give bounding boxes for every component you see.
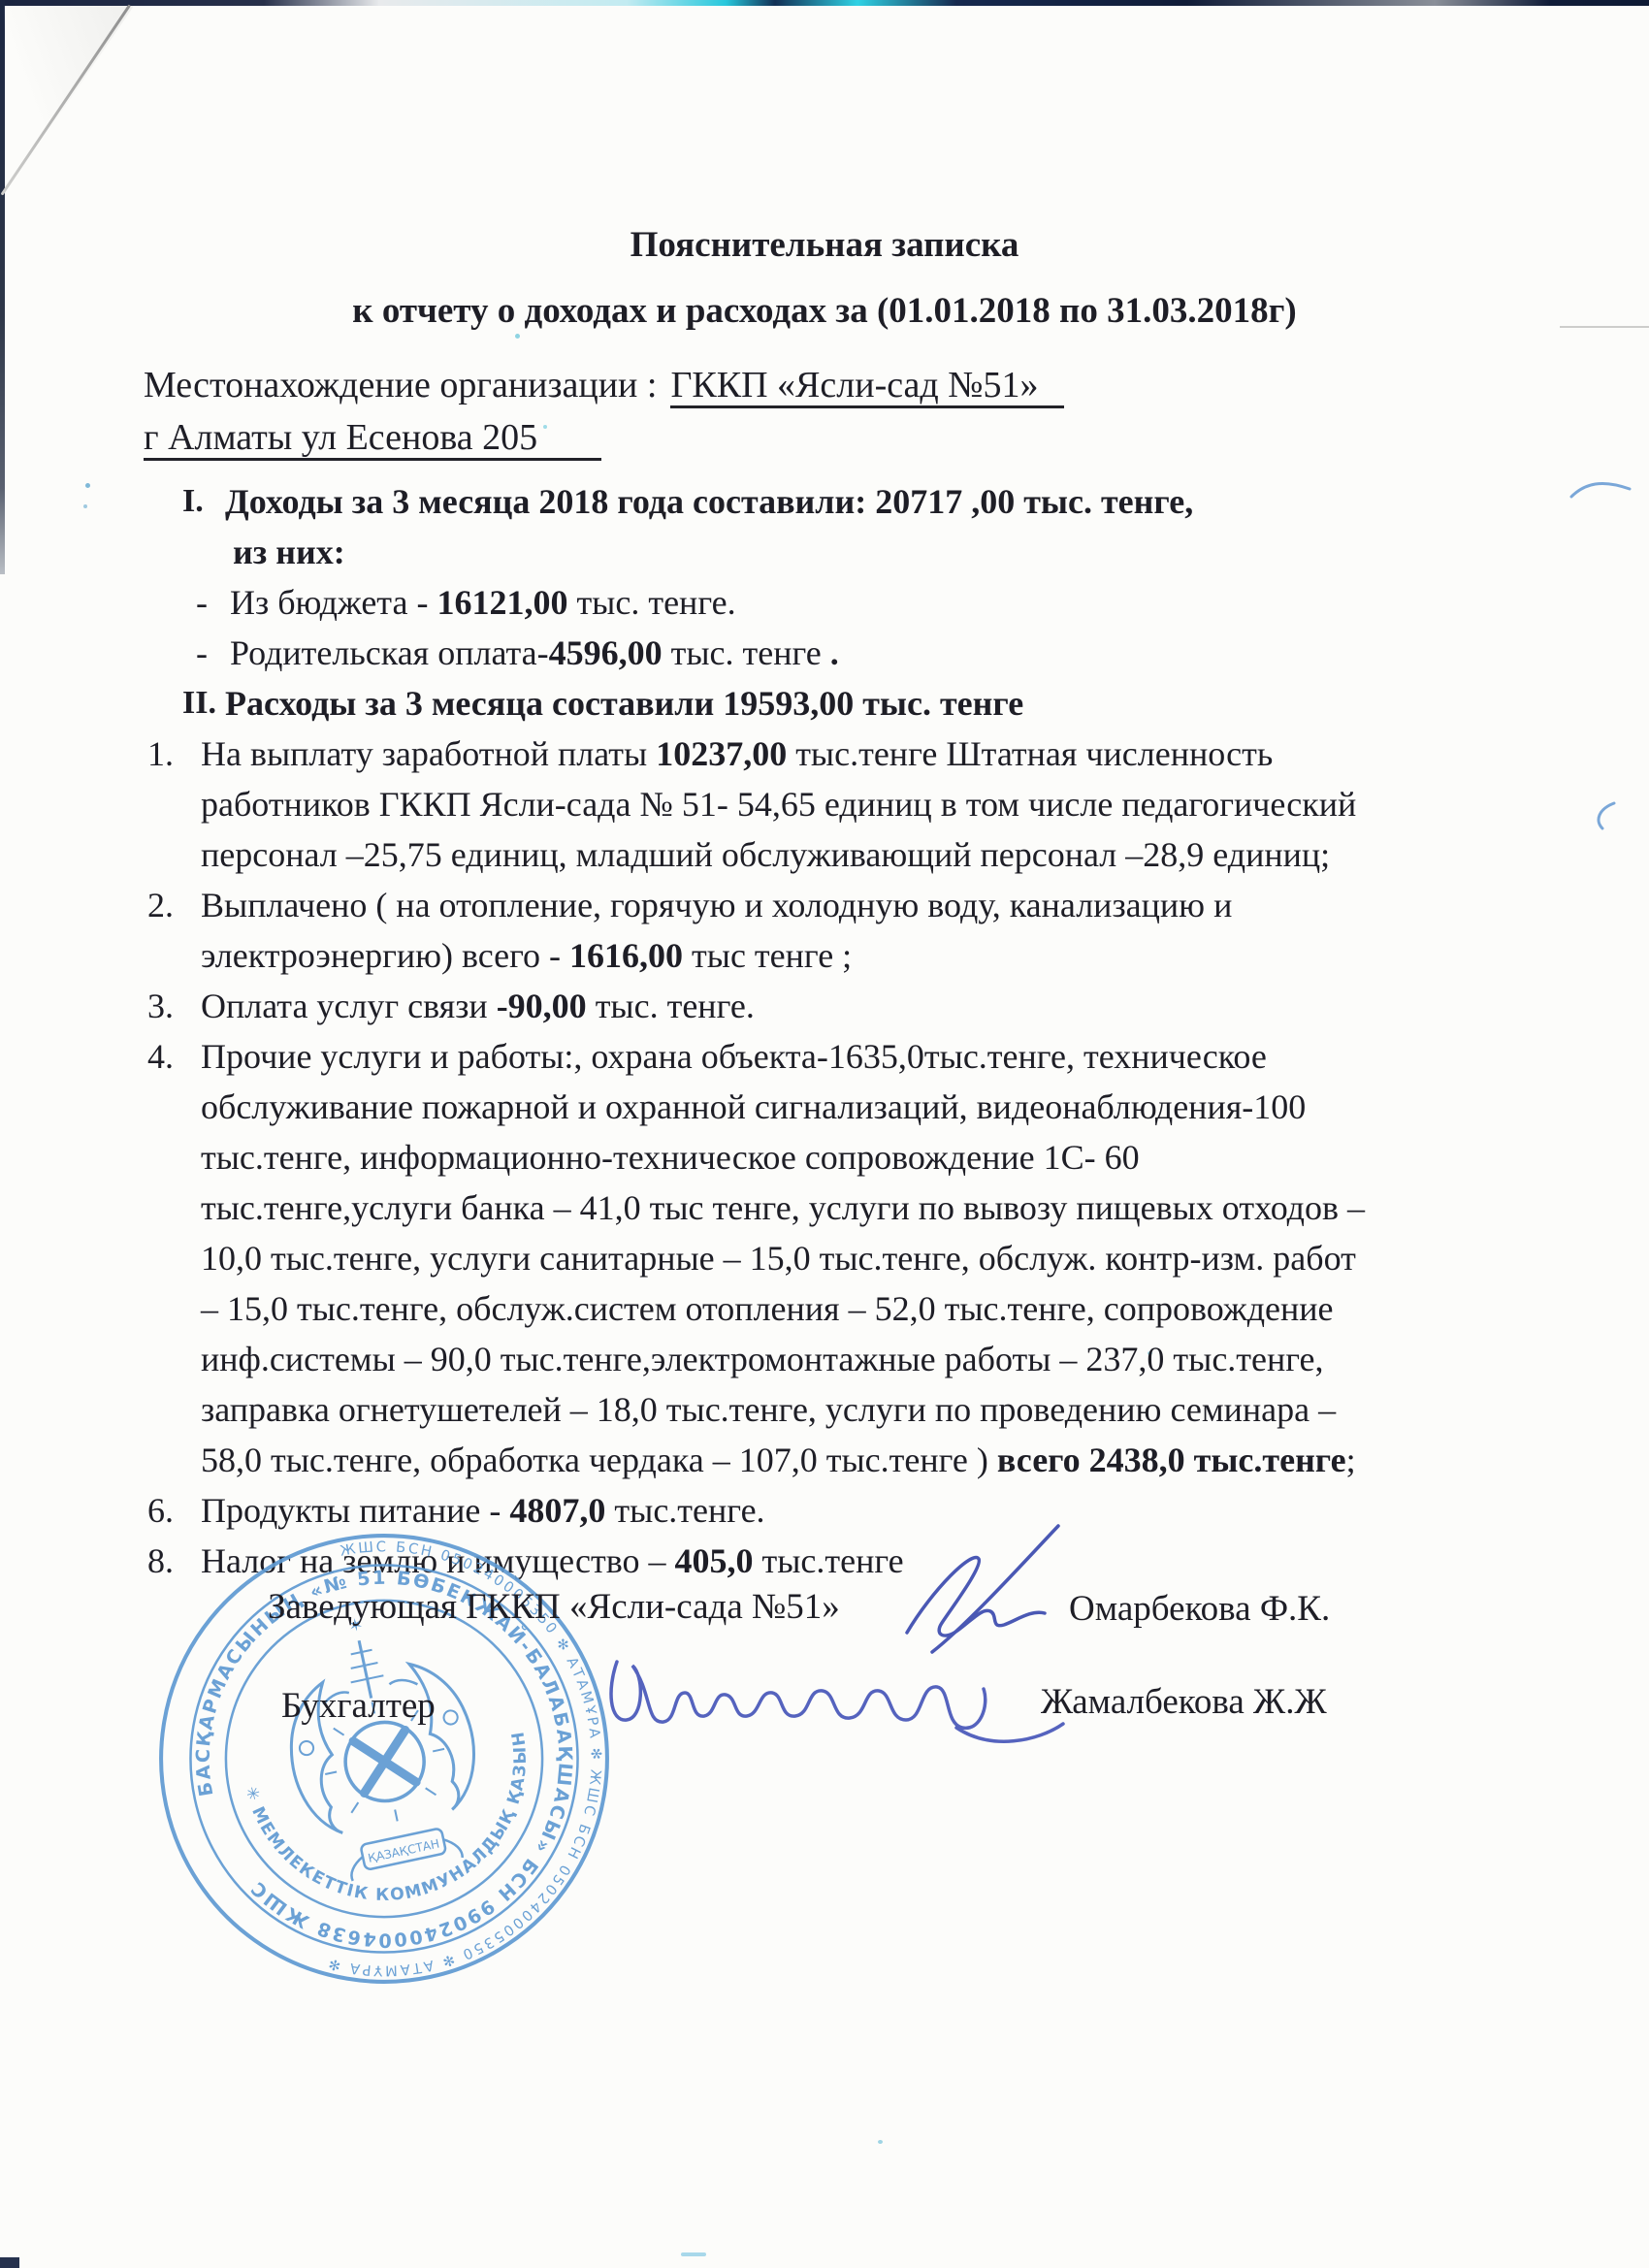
list-marker: I. [182, 476, 204, 527]
line-text: 58,0 тыс.тенге, обработка чердака – 107,… [0, 1435, 1356, 1485]
list-marker: II. [182, 678, 216, 729]
line-text: тыс.тенге,услуги банка – 41,0 тыс тенге,… [0, 1183, 1365, 1233]
line: электроэнергию) всего - 1616,00 тыс тенг… [0, 930, 1649, 981]
scan-speck [878, 2140, 883, 2144]
line-text: электроэнергию) всего - 1616,00 тыс тенг… [0, 930, 852, 981]
line: заправка огнетушетелей – 18,0 тыс.тенге,… [0, 1384, 1649, 1435]
signature-role-accountant: Бухгалтер [281, 1685, 436, 1727]
item-3: 3.Оплата услуг связи -90,00 тыс. тенге. [0, 981, 1649, 1031]
organization-location-line: Местонахождение организации :ГККП «Ясли-… [144, 362, 1649, 408]
line-text: работников ГККП Ясли-сада № 51- 54,65 ед… [0, 779, 1356, 829]
line-text: 10,0 тыс.тенге, услуги санитарные – 15,0… [0, 1233, 1356, 1283]
list-marker: - [196, 577, 208, 628]
line: персонал –25,75 единиц, младший обслужив… [0, 829, 1649, 880]
line-text: Доходы за 3 месяца 2018 года составили: … [0, 476, 1193, 527]
document-title: Пояснительная записка [0, 0, 1649, 267]
signature-role-director: Заведующая ГККП «Ясли-сада №51» [268, 1586, 840, 1628]
kazakhstan-emblem: ✶ ҚА [265, 1597, 497, 1888]
line-budget: -Из бюджета - 16121,00 тыс. тенге. [0, 577, 1649, 628]
list-marker: 1. [147, 729, 174, 779]
line: тыс.тенге, информационно-техническое соп… [0, 1132, 1649, 1183]
list-marker: 4. [147, 1031, 174, 1082]
line-parent-pay: -Родительская оплата-4596,00 тыс. тенге … [0, 628, 1649, 678]
line-text: персонал –25,75 единиц, младший обслужив… [0, 829, 1330, 880]
scan-edge-top [0, 0, 1649, 6]
item-4: 4.Прочие услуги и работы:, охрана объект… [0, 1031, 1649, 1082]
line-text: На выплату заработной платы 10237,00 тыс… [0, 729, 1273, 779]
line-text: Оплата услуг связи -90,00 тыс. тенге. [0, 981, 755, 1031]
line-text: из них: [0, 527, 345, 577]
line-text: инф.системы – 90,0 тыс.тенге,электромонт… [0, 1334, 1324, 1384]
section-income: I.Доходы за 3 месяца 2018 года составили… [0, 476, 1649, 527]
report-body: I.Доходы за 3 месяца 2018 года составили… [0, 476, 1649, 1586]
scan-speck [681, 2252, 706, 2256]
scan-artifact-line [1560, 326, 1649, 328]
list-marker: 3. [147, 981, 174, 1031]
line: – 15,0 тыс.тенге, обслуж.систем отоплени… [0, 1283, 1649, 1334]
line-text: Расходы за 3 месяца составили 19593,00 т… [0, 678, 1023, 729]
line: 10,0 тыс.тенге, услуги санитарные – 15,0… [0, 1233, 1649, 1283]
signature-accountant [599, 1633, 1084, 1778]
scan-speck [543, 425, 547, 429]
line-text: – 15,0 тыс.тенге, обслуж.систем отоплени… [0, 1283, 1334, 1334]
line-text: Прочие услуги и работы:, охрана объекта-… [0, 1031, 1267, 1082]
document-subtitle: к отчету о доходах и расходах за (01.01.… [0, 290, 1649, 333]
line-text: обслуживание пожарной и охранной сигнали… [0, 1082, 1306, 1132]
address-value: г Алматы ул Есенова 205 [144, 417, 601, 461]
line-text: Из бюджета - 16121,00 тыс. тенге. [0, 577, 736, 628]
line: 58,0 тыс.тенге, обработка чердака – 107,… [0, 1435, 1649, 1485]
item-2: 2.Выплачено ( на отопление, горячую и хо… [0, 880, 1649, 930]
location-label: Местонахождение организации : [144, 365, 657, 405]
line: тыс.тенге,услуги банка – 41,0 тыс тенге,… [0, 1183, 1649, 1233]
line: из них: [0, 527, 1649, 577]
line: инф.системы – 90,0 тыс.тенге,электромонт… [0, 1334, 1649, 1384]
signature-block: ЖШС БСН 050240005350 ✻ АТАМҰРА ✻ ЖШС БСН… [0, 1528, 1649, 2071]
item-1: 1.На выплату заработной платы 10237,00 т… [0, 729, 1649, 779]
line-text: Родительская оплата-4596,00 тыс. тенге . [0, 628, 839, 678]
line: работников ГККП Ясли-сада № 51- 54,65 ед… [0, 779, 1649, 829]
scan-speck [515, 334, 520, 339]
line-text: заправка огнетушетелей – 18,0 тыс.тенге,… [0, 1384, 1336, 1435]
list-marker: - [196, 628, 208, 678]
scan-corner-chip [0, 2257, 19, 2268]
line-text: Выплачено ( на отопление, горячую и холо… [0, 880, 1232, 930]
signature-name-director: Омарбекова Ф.К. [1069, 1588, 1330, 1630]
scanned-document-page: Пояснительная записка к отчету о доходах… [0, 0, 1649, 2268]
list-marker: 2. [147, 880, 174, 930]
line-text: тыс.тенге, информационно-техническое соп… [0, 1132, 1140, 1183]
organization-address-line: г Алматы ул Есенова 205 [144, 414, 1649, 461]
line: обслуживание пожарной и охранной сигнали… [0, 1082, 1649, 1132]
location-value: ГККП «Ясли-сад №51» [670, 365, 1063, 408]
section-expenses: II.Расходы за 3 месяца составили 19593,0… [0, 678, 1649, 729]
official-round-stamp: ЖШС БСН 050240005350 ✻ АТАМҰРА ✻ ЖШС БСН… [111, 1485, 659, 2033]
